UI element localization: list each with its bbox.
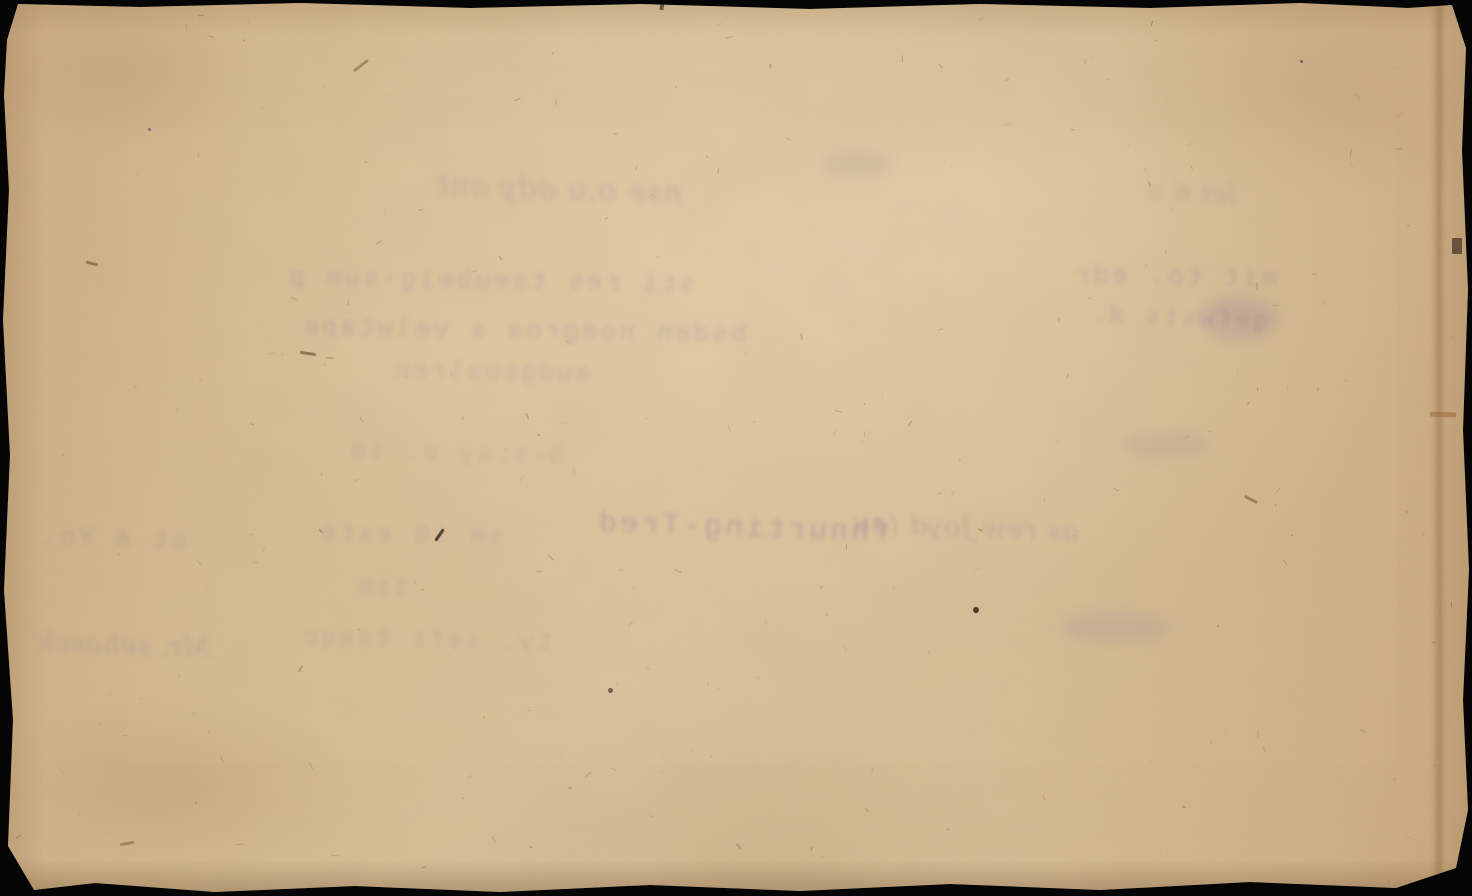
fiber-speck <box>973 568 981 571</box>
fiber-speck <box>618 569 622 572</box>
fiber-speck <box>1388 881 1391 882</box>
fiber-speck <box>1446 814 1448 815</box>
fiber-speck <box>604 217 608 220</box>
ghost-type-line3: audgeoslren <box>392 356 591 388</box>
fiber-speck <box>568 787 572 790</box>
fiber-speck <box>1256 730 1258 738</box>
fiber-speck <box>1114 487 1120 491</box>
fiber-speck <box>585 771 592 777</box>
fiber-speck <box>1359 728 1367 734</box>
fiber-speck <box>707 682 709 684</box>
fiber-speck <box>1287 386 1288 391</box>
fiber-speck <box>1451 602 1452 607</box>
fiber-speck <box>592 214 594 215</box>
fiber-speck <box>458 719 460 721</box>
fiber-speck <box>1316 388 1319 392</box>
fiber-speck <box>1236 369 1239 376</box>
fiber-speck <box>578 730 579 732</box>
fiber-speck <box>573 469 574 475</box>
fiber-speck <box>353 59 369 72</box>
fiber-speck <box>514 98 521 102</box>
fiber-speck <box>1396 67 1398 69</box>
fiber-speck <box>638 576 640 578</box>
edge-shading <box>0 0 1472 896</box>
fiber-speck <box>359 417 362 422</box>
ghost-script-top-center: nse o,u ady ant <box>435 168 682 212</box>
fiber-speck <box>562 751 564 756</box>
fiber-speck <box>662 757 663 759</box>
fiber-speck <box>1257 387 1258 390</box>
fiber-speck <box>675 86 678 89</box>
fiber-speck <box>1217 625 1219 627</box>
fiber-speck <box>295 754 297 756</box>
fiber-speck <box>649 814 654 818</box>
fiber-speck <box>354 478 360 482</box>
fiber-speck <box>1273 304 1280 306</box>
fiber-speck <box>1433 765 1436 766</box>
fiber-speck <box>484 716 485 720</box>
fiber-speck <box>1393 777 1397 781</box>
fiber-speck <box>207 730 209 733</box>
fiber-speck <box>462 416 463 420</box>
fiber-speck <box>527 710 531 711</box>
fiber-speck <box>754 138 757 140</box>
fiber-speck <box>551 383 552 384</box>
fiber-speck <box>268 352 275 355</box>
grain-blotch-layer <box>0 0 1472 896</box>
fiber-speck <box>986 400 989 406</box>
fiber-speck <box>194 802 197 805</box>
fiber-speck <box>525 412 529 419</box>
fiber-speck <box>1044 760 1045 762</box>
fiber-speck <box>326 356 334 359</box>
paper-mottling <box>0 0 1472 896</box>
fiber-speck <box>865 807 871 813</box>
fiber-speck <box>324 364 325 366</box>
fiber-speck <box>916 677 918 678</box>
ghost-type-flourish: fhnurting-Tred <box>595 507 890 551</box>
fiber-speck <box>937 492 943 494</box>
fiber-speck <box>548 554 554 560</box>
fiber-speck <box>250 533 254 535</box>
fiber-speck <box>1004 123 1011 125</box>
fiber-speck <box>15 834 22 839</box>
fiber-speck <box>1321 300 1327 305</box>
fiber-speck <box>1044 498 1046 503</box>
fiber-speck <box>537 434 540 436</box>
fiber-speck <box>615 681 619 686</box>
fiber-speck <box>1452 238 1462 254</box>
fiber-speck <box>309 762 313 769</box>
fiber-speck <box>951 490 956 497</box>
fiber-speck <box>1222 397 1223 398</box>
fiber-speck <box>220 756 223 762</box>
fiber-speck <box>1255 282 1258 290</box>
fiber-speck <box>865 403 866 405</box>
fiber-speck <box>801 334 804 341</box>
fiber-speck <box>1129 462 1131 463</box>
fiber-speck <box>197 560 201 565</box>
ghost-script-mid-right: as rew Joyd (au <box>852 508 1079 547</box>
fiber-speck <box>1145 264 1148 268</box>
grain-light-layer <box>0 0 1472 896</box>
fiber-speck <box>710 756 712 758</box>
fiber-speck <box>691 750 693 752</box>
fiber-speck <box>1159 849 1160 851</box>
fiber-speck <box>908 421 912 427</box>
fiber-speck <box>331 855 338 857</box>
fiber-speck <box>938 328 943 331</box>
fiber-speck <box>78 813 81 815</box>
fiber-speck <box>554 99 557 105</box>
fiber-speck <box>973 607 979 613</box>
fiber-speck <box>1085 58 1087 64</box>
fiber-speck <box>864 431 865 438</box>
ghost-smudge-top-mid <box>820 150 890 176</box>
fiber-speck <box>1150 21 1153 27</box>
fiber-speck <box>1246 401 1250 406</box>
fiber-speck <box>979 17 984 20</box>
fiber-speck <box>62 454 63 456</box>
fiber-speck <box>1127 143 1129 145</box>
fiber-speck <box>243 39 245 41</box>
fiber-speck <box>846 544 847 549</box>
fiber-speck <box>736 842 742 849</box>
fiber-speck <box>752 852 753 853</box>
fiber-speck <box>631 588 636 589</box>
fiber-speck <box>1107 79 1109 80</box>
ghost-type-line2-right: gefwsts d. <box>1088 301 1269 336</box>
ghost-type-bottom-mid: ty. seft tseqc <box>300 624 553 657</box>
ghost-type-line1: sti res tseubeig-sum p <box>286 262 696 299</box>
fiber-speck <box>527 845 532 849</box>
fiber-speck <box>1430 412 1456 418</box>
fiber-speck <box>608 688 613 693</box>
fiber-speck <box>185 25 186 30</box>
fiber-speck <box>199 379 201 381</box>
fiber-speck <box>1355 94 1361 101</box>
fiber-speck <box>263 546 266 552</box>
fiber-speck <box>882 392 883 398</box>
fiber-speck <box>820 586 823 589</box>
fiber-speck <box>1223 731 1228 735</box>
fiber-speck <box>793 346 795 348</box>
fiber-speck <box>300 351 316 356</box>
fiber-speck <box>415 581 417 584</box>
fiber-speck <box>253 561 258 562</box>
fiber-speck <box>560 421 567 424</box>
fiber-speck <box>765 619 766 625</box>
fiber-speck <box>1165 250 1167 254</box>
fiber-speck <box>628 621 633 625</box>
fiber-speck <box>1423 532 1426 538</box>
fiber-speck <box>1263 748 1266 752</box>
ghost-script-bottom-left: Mr. sehasck <box>36 627 211 664</box>
fiber-speck <box>118 553 121 556</box>
fiber-speck <box>178 674 180 679</box>
fiber-speck <box>1208 430 1211 431</box>
fiber-speck <box>1396 112 1403 117</box>
fiber-speck <box>1300 60 1303 63</box>
fiber-speck <box>519 475 523 482</box>
fiber-speck <box>1005 78 1010 82</box>
fiber-speck <box>871 767 874 773</box>
fiber-speck <box>261 107 264 110</box>
fiber-speck <box>450 371 452 376</box>
ghost-type-mid: 5-s.ay e. 10 <box>348 438 565 471</box>
fiber-speck <box>140 698 143 699</box>
fiber-speck <box>634 166 637 170</box>
fiber-speck <box>383 210 385 214</box>
fiber-speck <box>743 351 746 355</box>
fiber-speck <box>1136 840 1138 844</box>
fiber-speck <box>7 206 10 208</box>
fiber-speck <box>405 376 407 379</box>
fiber-speck <box>148 128 151 131</box>
fiber-speck <box>946 828 950 831</box>
fiber-speck <box>447 653 451 655</box>
fiber-speck <box>250 423 254 426</box>
fiber-speck <box>1406 224 1409 226</box>
fiber-speck <box>467 774 473 779</box>
fiber-speck <box>207 36 215 39</box>
fiber-speck <box>1072 534 1074 535</box>
fiber-speck <box>1350 149 1352 157</box>
fiber-speck <box>321 472 323 475</box>
ghost-script-top-right: let 6 a <box>1145 176 1236 211</box>
fiber-speck <box>861 440 864 443</box>
fiber-speck <box>1283 560 1288 566</box>
fiber-speck <box>834 429 837 435</box>
grain-fine-layer <box>0 0 1472 896</box>
ghost-type-line1-right: mit to. edr <box>1072 260 1277 294</box>
fiber-speck <box>1151 760 1152 762</box>
fiber-speck <box>717 167 719 174</box>
fiber-speck <box>894 587 895 589</box>
fiber-speck <box>811 847 813 852</box>
fiber-speck <box>447 702 449 704</box>
fiber-speck <box>904 643 906 645</box>
fiber-speck <box>613 132 618 135</box>
fiber-speck <box>1350 164 1354 168</box>
fiber-speck <box>505 449 507 450</box>
ghost-smudge-mid-right <box>1120 432 1210 458</box>
fiber-speck <box>59 768 64 774</box>
fiber-speck <box>661 7 663 11</box>
fiber-speck <box>902 55 903 62</box>
fiber-speck <box>135 173 138 178</box>
fiber-speck <box>565 340 570 344</box>
fiber-speck <box>1092 57 1094 58</box>
fiber-speck <box>755 676 761 680</box>
fiber-speck <box>753 421 756 423</box>
fiber-speck <box>198 152 200 157</box>
fiber-speck <box>318 528 323 534</box>
fiber-speck <box>1148 180 1152 186</box>
fiber-speck <box>1190 165 1193 170</box>
fiber-speck <box>364 161 368 164</box>
fiber-speck <box>86 260 98 266</box>
fiber-speck <box>418 209 423 211</box>
fiber-speck <box>462 798 464 799</box>
fiber-speck <box>94 860 102 863</box>
fiber-speck <box>819 856 824 861</box>
fiber-speck <box>1275 487 1280 493</box>
fiber-speck <box>842 644 847 650</box>
fiber-speck <box>1345 379 1347 381</box>
ghost-blob-right <box>1200 296 1278 340</box>
fiber-speck <box>108 694 110 696</box>
ghost-type-line2: bsden noegroa s velwtape <box>300 312 747 350</box>
fiber-speck <box>1145 168 1147 171</box>
scan-background: nse o,u ady antlet 6 asti res tseubeig-s… <box>0 0 1472 896</box>
fiber-speck <box>661 772 663 774</box>
fiber-speck <box>674 568 682 573</box>
fiber-speck <box>770 64 772 69</box>
fiber-speck <box>492 836 496 843</box>
fiber-speck <box>552 52 554 55</box>
fiber-speck <box>204 586 208 589</box>
fiber-speck <box>1185 436 1189 440</box>
paper-grain-texture <box>0 0 1472 896</box>
fiber-speck <box>100 723 102 725</box>
fiber-speck <box>421 588 424 590</box>
fiber-speck <box>1211 740 1212 745</box>
fiber-speck <box>536 571 542 572</box>
fiber-speck <box>558 828 560 830</box>
fiber-speck <box>198 14 204 16</box>
fiber-speck <box>22 139 23 141</box>
fiber-speck <box>376 240 383 245</box>
fiber-speck <box>99 724 101 726</box>
fiber-speck <box>1066 373 1069 379</box>
fiber-speck <box>1155 40 1158 41</box>
right-edge-crease <box>1432 0 1448 896</box>
fiber-speck <box>291 296 299 301</box>
fiber-speck <box>199 377 203 381</box>
fiber-speck <box>471 270 477 273</box>
fiber-speck <box>1290 534 1292 536</box>
fiber-speck <box>322 86 326 90</box>
fiber-speck <box>978 528 983 532</box>
fiber-speck <box>707 155 709 158</box>
fiber-speck <box>133 385 137 389</box>
fiber-speck <box>1451 337 1455 339</box>
fiber-speck <box>1169 209 1172 211</box>
fiber-speck <box>1071 128 1075 130</box>
fiber-speck <box>1057 438 1060 443</box>
fiber-speck <box>434 528 444 541</box>
fiber-speck <box>650 193 656 197</box>
fiber-speck <box>348 300 349 305</box>
fiber-speck <box>498 256 502 261</box>
fiber-speck <box>1182 805 1187 808</box>
fiber-speck <box>1387 360 1390 363</box>
fiber-speck <box>1084 709 1086 711</box>
fiber-speck <box>1244 495 1258 504</box>
fiber-speck <box>611 768 617 772</box>
fiber-speck <box>944 160 946 162</box>
fiber-speck <box>298 666 303 673</box>
fiber-speck <box>120 841 134 846</box>
fiber-speck <box>883 109 885 111</box>
fiber-speck <box>988 724 990 726</box>
fiber-speck <box>236 844 244 846</box>
fiber-speck <box>175 408 177 412</box>
fiber-speck <box>1396 147 1402 150</box>
fiber-speck <box>728 425 731 433</box>
fiber-speck <box>1406 837 1411 839</box>
fiber-speck <box>716 22 723 26</box>
fiber-speck <box>1042 794 1046 800</box>
fiber-speck <box>281 353 284 355</box>
fiber-speck <box>835 410 843 413</box>
fiber-speck <box>1058 318 1060 322</box>
fiber-speck <box>989 299 991 301</box>
fiber-speck <box>191 712 196 714</box>
fiber-speck <box>927 621 930 626</box>
ghost-blob-bottom-right <box>1060 612 1170 642</box>
fiber-speck <box>826 613 829 615</box>
fiber-speck <box>959 458 961 461</box>
fiber-speck <box>1275 504 1277 507</box>
fiber-speck <box>1312 273 1317 275</box>
fiber-speck <box>659 2 664 11</box>
fiber-speck <box>726 36 734 39</box>
fiber-speck <box>717 687 719 690</box>
ghost-type-mid-left: sm tG exte <box>318 518 505 551</box>
fiber-speck <box>421 866 426 868</box>
fiber-speck <box>1088 297 1092 300</box>
fiber-speck <box>1406 511 1408 514</box>
postcard-paper: nse o,u ady antlet 6 asti res tseubeig-s… <box>0 0 1472 896</box>
fiber-speck <box>785 137 790 141</box>
fiber-speck <box>122 735 128 737</box>
fiber-speck <box>1431 642 1435 643</box>
fiber-speck <box>386 93 393 96</box>
ghost-type-left: et A Yo. <box>38 521 188 556</box>
fiber-speck <box>1187 142 1192 146</box>
fiber-speck <box>657 256 659 258</box>
fiber-speck <box>247 20 252 26</box>
ghost-type-110: 110 <box>356 576 408 603</box>
fiber-speck <box>928 650 931 656</box>
fiber-speck <box>646 666 651 671</box>
fiber-speck <box>357 628 360 630</box>
fiber-speck <box>939 64 942 68</box>
fiber-speck <box>645 417 648 420</box>
